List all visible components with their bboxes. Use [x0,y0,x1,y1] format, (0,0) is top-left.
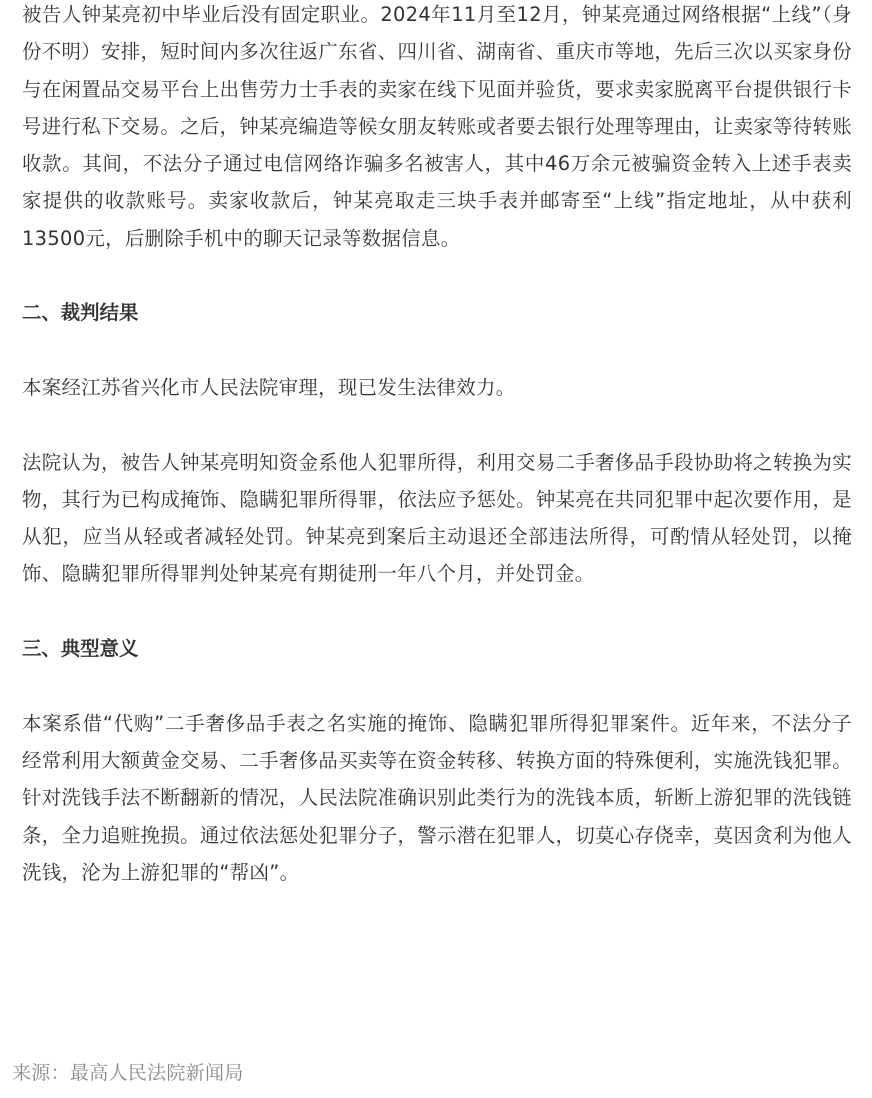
spacer [22,406,852,443]
case-facts-paragraph: 被告人钟某亮初中毕业后没有固定职业。2024年11月至12月，钟某亮通过网络根据… [22,0,852,257]
spacer [22,593,852,630]
spacer [22,332,852,369]
spacer [22,257,852,294]
article-body: 被告人钟某亮初中毕业后没有固定职业。2024年11月至12月，钟某亮通过网络根据… [22,0,852,891]
section-heading-judgment: 二、裁判结果 [22,294,852,331]
judgment-paragraph-2: 法院认为，被告人钟某亮明知资金系他人犯罪所得，利用交易二手奢侈品手段协助将之转换… [22,444,852,593]
significance-paragraph: 本案系借“代购”二手奢侈品手表之名实施的掩饰、隐瞒犯罪所得犯罪案件。近年来，不法… [22,705,852,891]
spacer [22,667,852,704]
section-heading-significance: 三、典型意义 [22,630,852,667]
article-source: 来源：最高人民法院新闻局 [12,1056,244,1090]
judgment-paragraph-1: 本案经江苏省兴化市人民法院审理，现已发生法律效力。 [22,369,852,406]
